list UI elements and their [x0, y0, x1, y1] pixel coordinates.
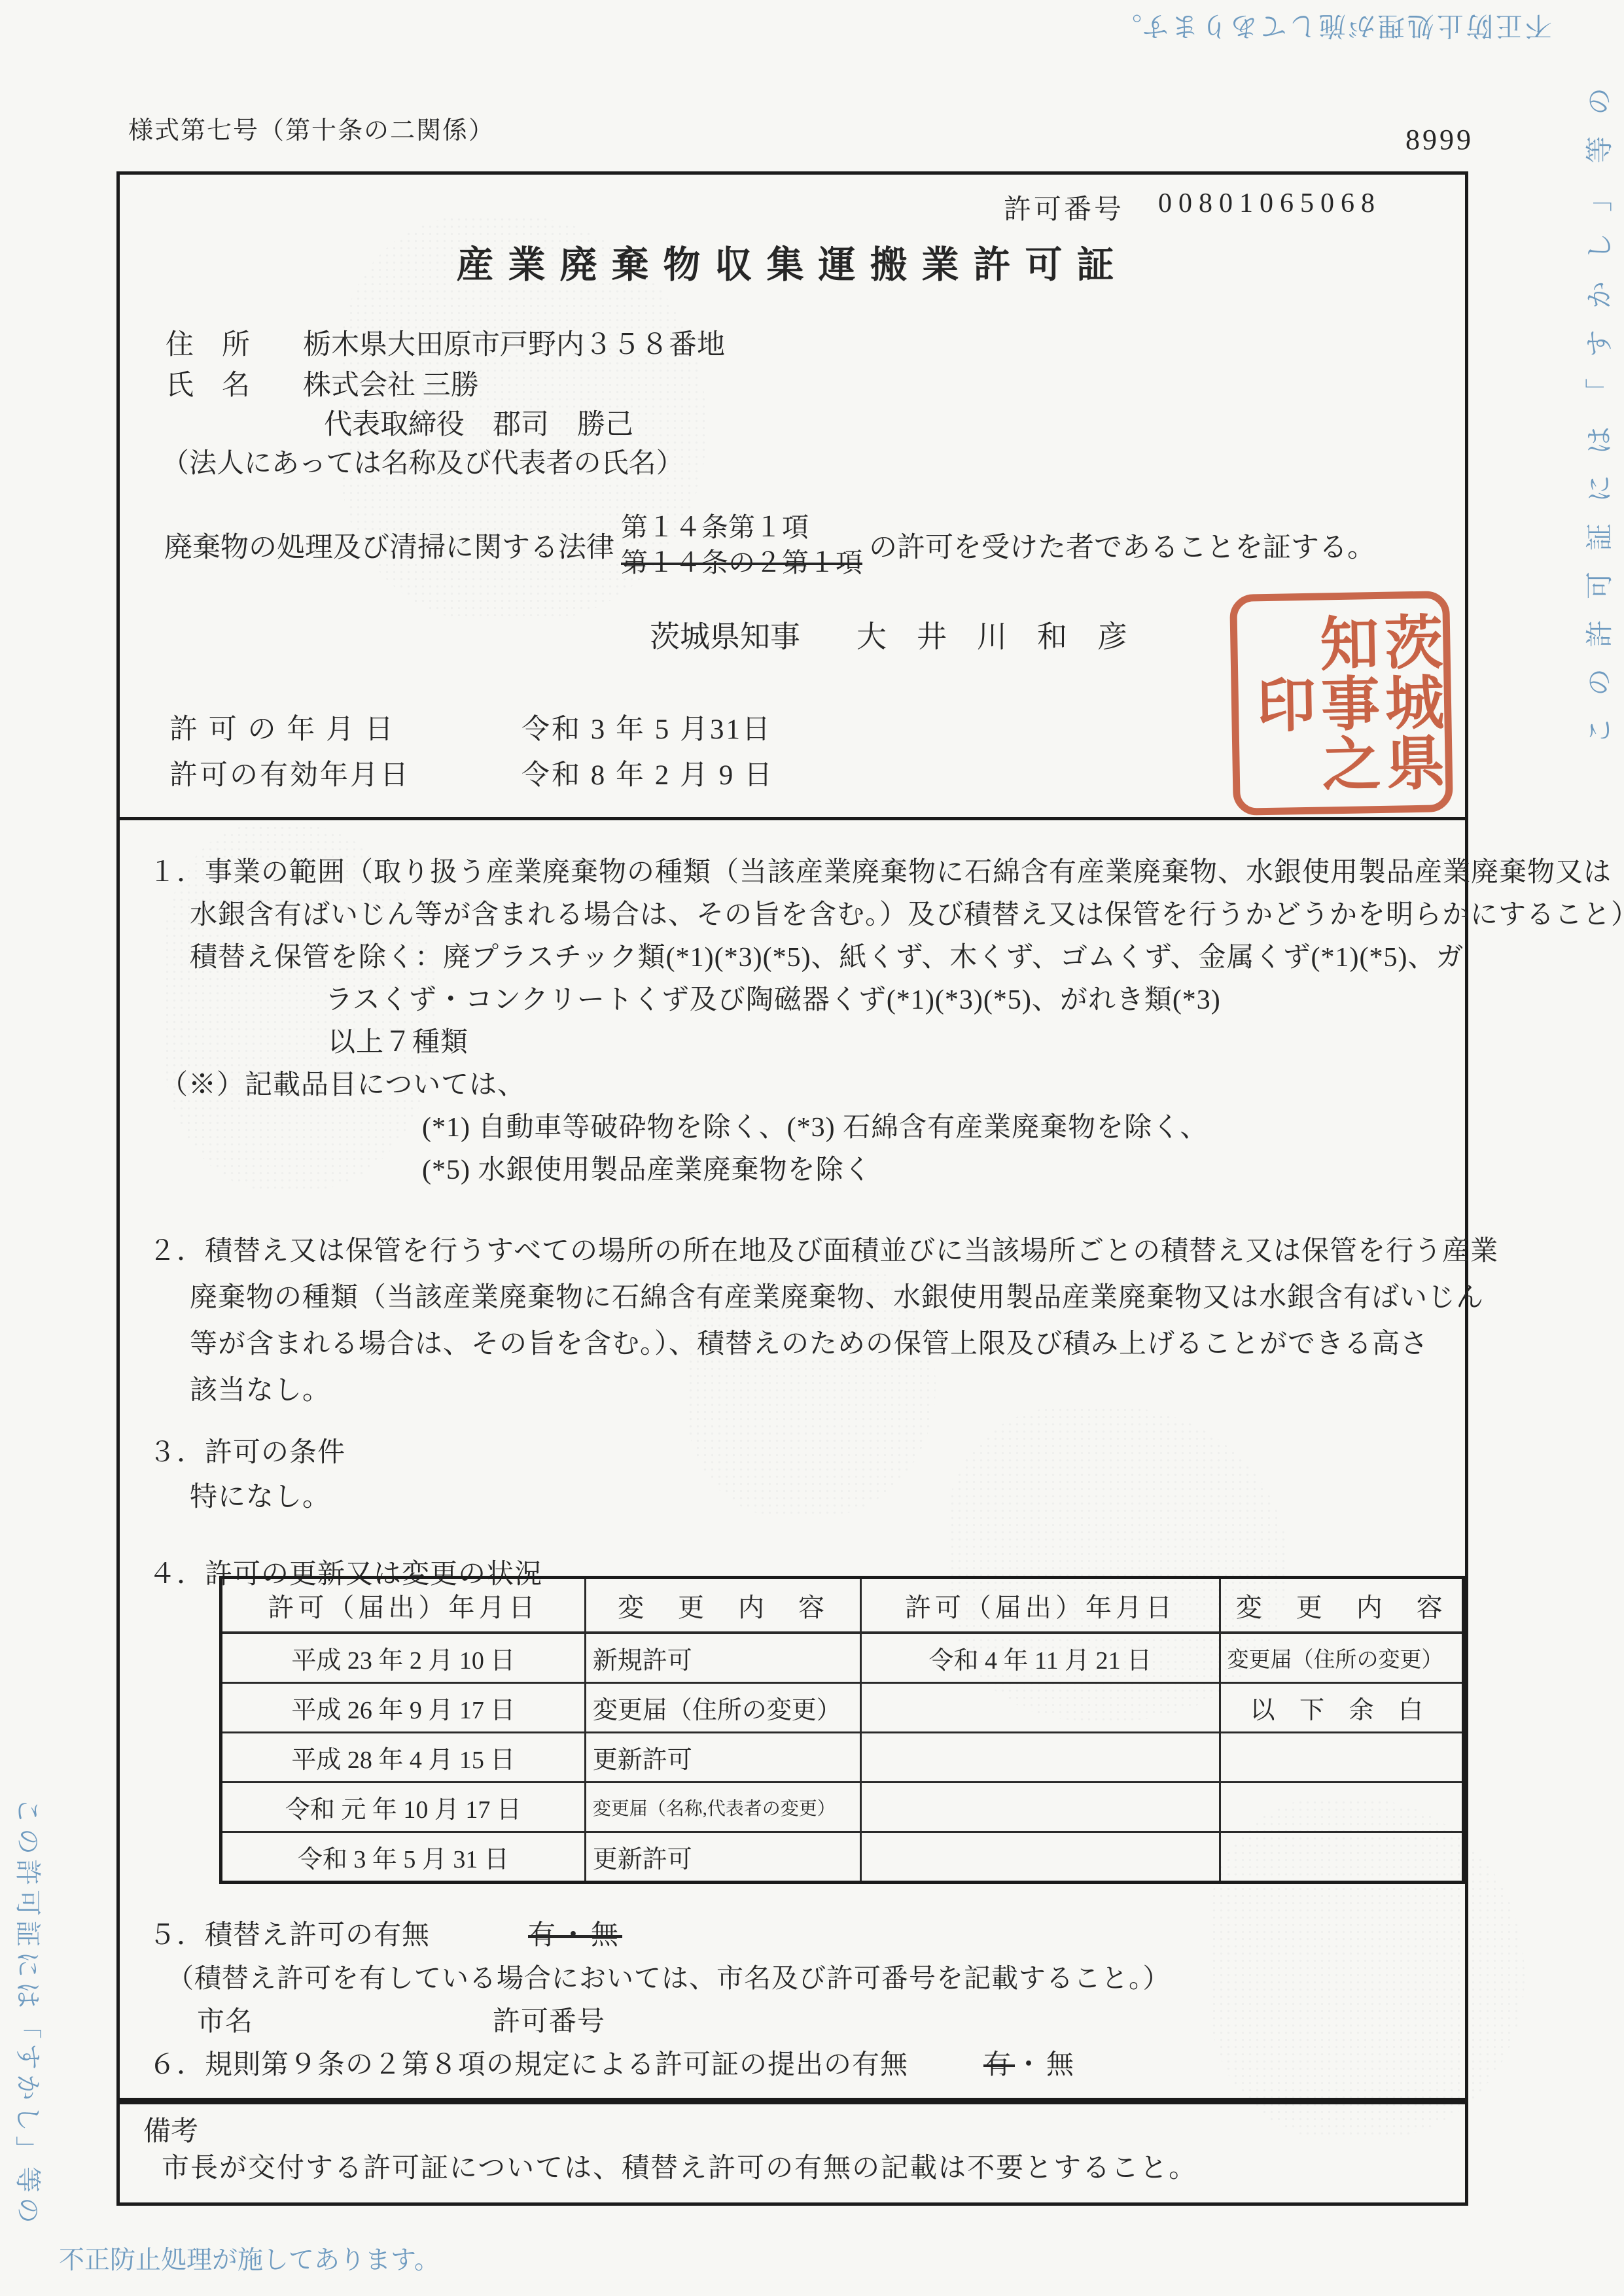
- table-header: 許可（届出）年月日: [221, 1578, 586, 1633]
- table-header: 変 更 内 容: [585, 1578, 860, 1633]
- section1-line: (*5) 水銀使用製品産業廃棄物を除く: [422, 1148, 872, 1187]
- valid-date-value: 令和 8 年 2 月 9 日: [521, 753, 774, 793]
- valid-date-row: 許可の有効年月日 令和 8 年 2 月 9 日: [169, 753, 774, 793]
- section1-line: １．事業の範囲（取り扱う産業廃棄物の種類（当該産業廃棄物に石綿含有産業廃棄物、水…: [149, 850, 1612, 890]
- section6-label: ６．規則第９条の２第８項の規定による許可証の提出の有無: [149, 2043, 908, 2082]
- section2-line: ２．積替え又は保管を行うすべての場所の所在地及び面積並びに当該場所ごとの積替え又…: [149, 1229, 1498, 1268]
- table-cell: 更新許可: [585, 1832, 860, 1883]
- grant-date-row: 許 可 の 年 月 日 令和 3 年 5 月31日: [169, 707, 772, 747]
- table-cell: 更新許可: [585, 1733, 860, 1783]
- table-row: 平成 28 年 4 月 15 日 更新許可: [221, 1733, 1464, 1783]
- section1-line: （※）記載品目については、: [160, 1063, 525, 1102]
- permit-number-label: 許可番号: [1004, 188, 1124, 227]
- section5-label: ５．積替え許可の有無: [149, 1913, 430, 1953]
- remarks-text: 市長が交付する許可証については、積替え許可の有無の記載は不要とすること。: [162, 2146, 1197, 2185]
- table-cell: 新規許可: [585, 1633, 860, 1683]
- table-cell: 令和 4 年 11 月 21 日: [861, 1633, 1220, 1683]
- table-cell: 変更届（住所の変更）: [1220, 1633, 1463, 1683]
- table-cell: [861, 1683, 1220, 1733]
- governor-name: 大 井 川 和 彦: [856, 613, 1127, 656]
- section2-line: 廃棄物の種類（当該産業廃棄物に石綿含有産業廃棄物、水銀使用製品産業廃棄物又は水銀…: [190, 1276, 1484, 1315]
- section6-options: 有・無: [983, 2043, 1078, 2082]
- table-cell: [1220, 1832, 1463, 1883]
- remarks-label: 備考: [143, 2110, 198, 2149]
- table-cell: [1220, 1733, 1463, 1783]
- law-clause-struck: 第１４条の２第１項: [621, 545, 862, 580]
- security-notice-left-vertical: この許可証には「すかし」等の: [11, 1798, 48, 2228]
- law-certification-row: 廃棄物の処理及び清掃に関する法律 第１４条第１項 第１４条の２第１項 の許可を受…: [164, 510, 1375, 580]
- permit-number-field-label: 許可番号: [493, 2000, 605, 2039]
- section5-row: ５．積替え許可の有無 有・無: [149, 1913, 622, 1953]
- section6-row: ６．規則第９条の２第８項の規定による許可証の提出の有無 有・無: [149, 2043, 908, 2082]
- table-row: 平成 26 年 9 月 17 日 変更届（住所の変更） 以 下 余 白: [221, 1683, 1464, 1733]
- address-value: 栃木県大田原市戸野内３５８番地: [303, 322, 725, 362]
- section3-body: 特になし。: [190, 1475, 330, 1514]
- security-notice-bottom: 不正防止処理が施してあります。: [59, 2240, 440, 2276]
- table-cell: 令和 3 年 5 月 31 日: [221, 1832, 586, 1883]
- section6-option-struck: 有: [983, 2050, 1015, 2080]
- section1-line: 水銀含有ばいじん等が含まれる場合は、その旨を含む。）及び積替え又は保管を行うかど…: [190, 893, 1624, 932]
- section1-line: ラスくず・コンクリートくず及び陶磁器くず(*1)(*3)(*5)、がれき類(*3…: [325, 978, 1221, 1017]
- name-label: 氏 名: [166, 363, 303, 403]
- permit-number-value: 00801065068: [1158, 188, 1381, 227]
- section5-options-struck: 有・無: [528, 1913, 622, 1953]
- law-clause-active: 第１４条第１項: [621, 510, 862, 545]
- table-cell: 平成 23 年 2 月 10 日: [221, 1633, 586, 1683]
- name-value: 株式会社 三勝: [303, 363, 479, 403]
- security-notice-right-vertical: この許可証には「すかし」等の: [1578, 67, 1617, 744]
- grant-date-label: 許 可 の 年 月 日: [169, 707, 521, 747]
- valid-date-label: 許可の有効年月日: [169, 753, 521, 793]
- table-cell: 平成 28 年 4 月 15 日: [221, 1733, 586, 1783]
- section5-fields-row: 市名 許可番号: [197, 2000, 253, 2039]
- grant-date-value: 令和 3 年 5 月31日: [521, 707, 772, 747]
- table-cell: [1220, 1783, 1463, 1832]
- law-prefix: 廃棄物の処理及び清掃に関する法律: [164, 525, 614, 565]
- section6-option-rest: ・無: [1015, 2050, 1078, 2080]
- renewal-history-table: 許可（届出）年月日 変 更 内 容 許可（届出）年月日 変 更 内 容 平成 2…: [219, 1576, 1465, 1884]
- city-name-label: 市名: [197, 2007, 253, 2037]
- governor-title: 茨城県知事: [650, 613, 800, 656]
- permit-number-row: 許可番号 00801065068: [1004, 188, 1381, 227]
- table-row: 平成 23 年 2 月 10 日 新規許可 令和 4 年 11 月 21 日 変…: [221, 1633, 1464, 1683]
- holder-name-row: 氏 名 株式会社 三勝: [166, 363, 479, 403]
- certificate-frame: 許可番号 00801065068 産業廃棄物収集運搬業許可証 住 所 栃木県大田…: [116, 171, 1468, 2101]
- table-cell: 平成 26 年 9 月 17 日: [221, 1683, 586, 1733]
- law-suffix: の許可を受けた者であることを証する。: [869, 525, 1375, 565]
- holder-address-row: 住 所 栃木県大田原市戸野内３５８番地: [166, 322, 725, 362]
- table-row: 令和 元 年 10 月 17 日 変更届（名称,代表者の変更）: [221, 1783, 1464, 1832]
- table-header: 変 更 内 容: [1220, 1578, 1463, 1633]
- section1-line: (*1) 自動車等破砕物を除く、(*3) 石綿含有産業廃棄物を除く、: [422, 1105, 1208, 1145]
- table-cell: [861, 1832, 1220, 1883]
- page-serial-number: 8999: [1405, 123, 1474, 156]
- address-label: 住 所: [166, 322, 303, 362]
- section2-line: 等が含まれる場合は、その旨を含む。）、積替えのための保管上限及び積み上げることが…: [190, 1322, 1428, 1361]
- section3-title: ３．許可の条件: [149, 1431, 345, 1470]
- certificate-title: 産業廃棄物収集運搬業許可証: [120, 235, 1465, 288]
- representative-row: 代表取締役 郡司 勝己: [324, 402, 633, 442]
- governor-row: 茨城県知事 大 井 川 和 彦: [650, 613, 1127, 656]
- section2-line: 該当なし。: [190, 1368, 330, 1408]
- table-header-row: 許可（届出）年月日 変 更 内 容 許可（届出）年月日 変 更 内 容: [221, 1578, 1464, 1633]
- law-clause-stack: 第１４条第１項 第１４条の２第１項: [621, 510, 862, 580]
- section1-line: 以上７種類: [328, 1020, 468, 1060]
- table-row: 令和 3 年 5 月 31 日 更新許可: [221, 1832, 1464, 1883]
- table-cell: [861, 1783, 1220, 1832]
- table-cell: 令和 元 年 10 月 17 日: [221, 1783, 586, 1832]
- scanned-permit-page: 様式第七号（第十条の二関係） 8999 不正防止処理が施してあります。 この許可…: [0, 0, 1624, 2296]
- section1-line: 積替え保管を除く：廃プラスチック類(*1)(*3)(*5)、紙くず、木くず、ゴム…: [190, 935, 1464, 975]
- table-cell: 変更届（住所の変更）: [585, 1683, 860, 1733]
- section5-note: （積替え許可を有している場合においては、市名及び許可番号を記載すること。）: [167, 1957, 1171, 1995]
- table-cell: [861, 1733, 1220, 1783]
- table-cell: 変更届（名称,代表者の変更）: [585, 1783, 860, 1832]
- section-divider: [116, 817, 1468, 820]
- corporate-note: （法人にあっては名称及び代表者の氏名）: [162, 442, 684, 481]
- form-number-label: 様式第七号（第十条の二関係）: [128, 110, 495, 146]
- table-header: 許可（届出）年月日: [861, 1578, 1220, 1633]
- governor-seal-stamp: 茨城県知事之印: [1229, 591, 1453, 816]
- security-notice-top: 不正防止処理が施してあります。: [1112, 9, 1552, 48]
- remarks-box: 備考 市長が交付する許可証については、積替え許可の有無の記載は不要とすること。: [116, 2101, 1468, 2206]
- table-cell: 以 下 余 白: [1220, 1683, 1463, 1733]
